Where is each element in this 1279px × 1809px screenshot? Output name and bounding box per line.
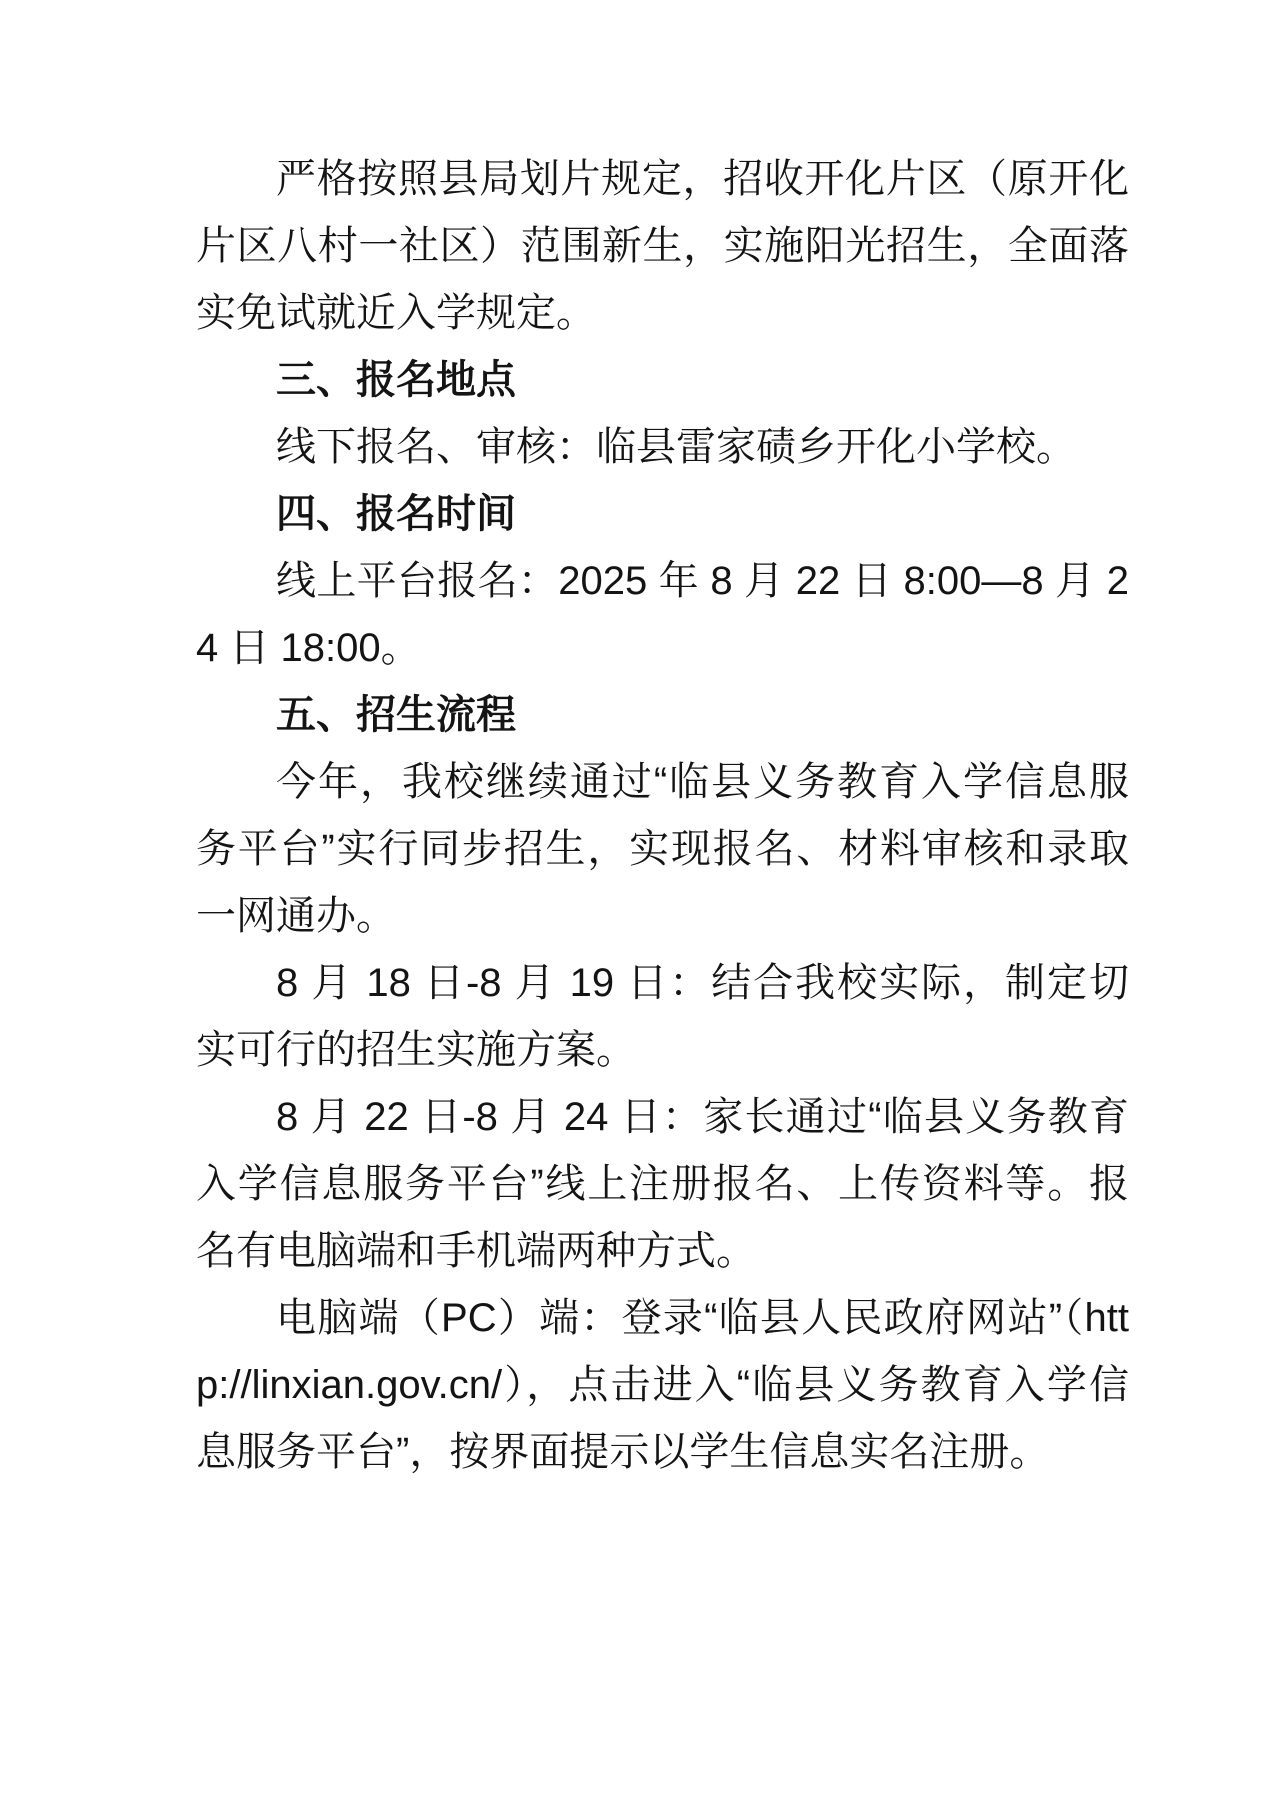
body-paragraph: 线下报名、审核：临县雷家碛乡开化小学校。	[196, 414, 1129, 481]
document-page: 严格按照县局划片规定，招收开化片区（原开化片区八村一社区）范围新生，实施阳光招生…	[0, 0, 1279, 1809]
body-paragraph: 8 月 22 日-8 月 24 日：家长通过“临县义务教育入学信息服务平台”线上…	[196, 1084, 1129, 1285]
section-heading: 五、招生流程	[196, 682, 1129, 749]
body-paragraph: 线上平台报名：2025 年 8 月 22 日 8:00—8 月 24 日 18:…	[196, 548, 1129, 682]
document-body: 严格按照县局划片规定，招收开化片区（原开化片区八村一社区）范围新生，实施阳光招生…	[196, 146, 1129, 1486]
body-paragraph: 电脑端（PC）端：登录“临县人民政府网站”（http://linxian.gov…	[196, 1285, 1129, 1486]
body-paragraph: 8 月 18 日-8 月 19 日：结合我校实际，制定切实可行的招生实施方案。	[196, 950, 1129, 1084]
body-paragraph: 严格按照县局划片规定，招收开化片区（原开化片区八村一社区）范围新生，实施阳光招生…	[196, 146, 1129, 347]
section-heading: 三、报名地点	[196, 347, 1129, 414]
section-heading: 四、报名时间	[196, 481, 1129, 548]
body-paragraph: 今年，我校继续通过“临县义务教育入学信息服务平台”实行同步招生，实现报名、材料审…	[196, 749, 1129, 950]
